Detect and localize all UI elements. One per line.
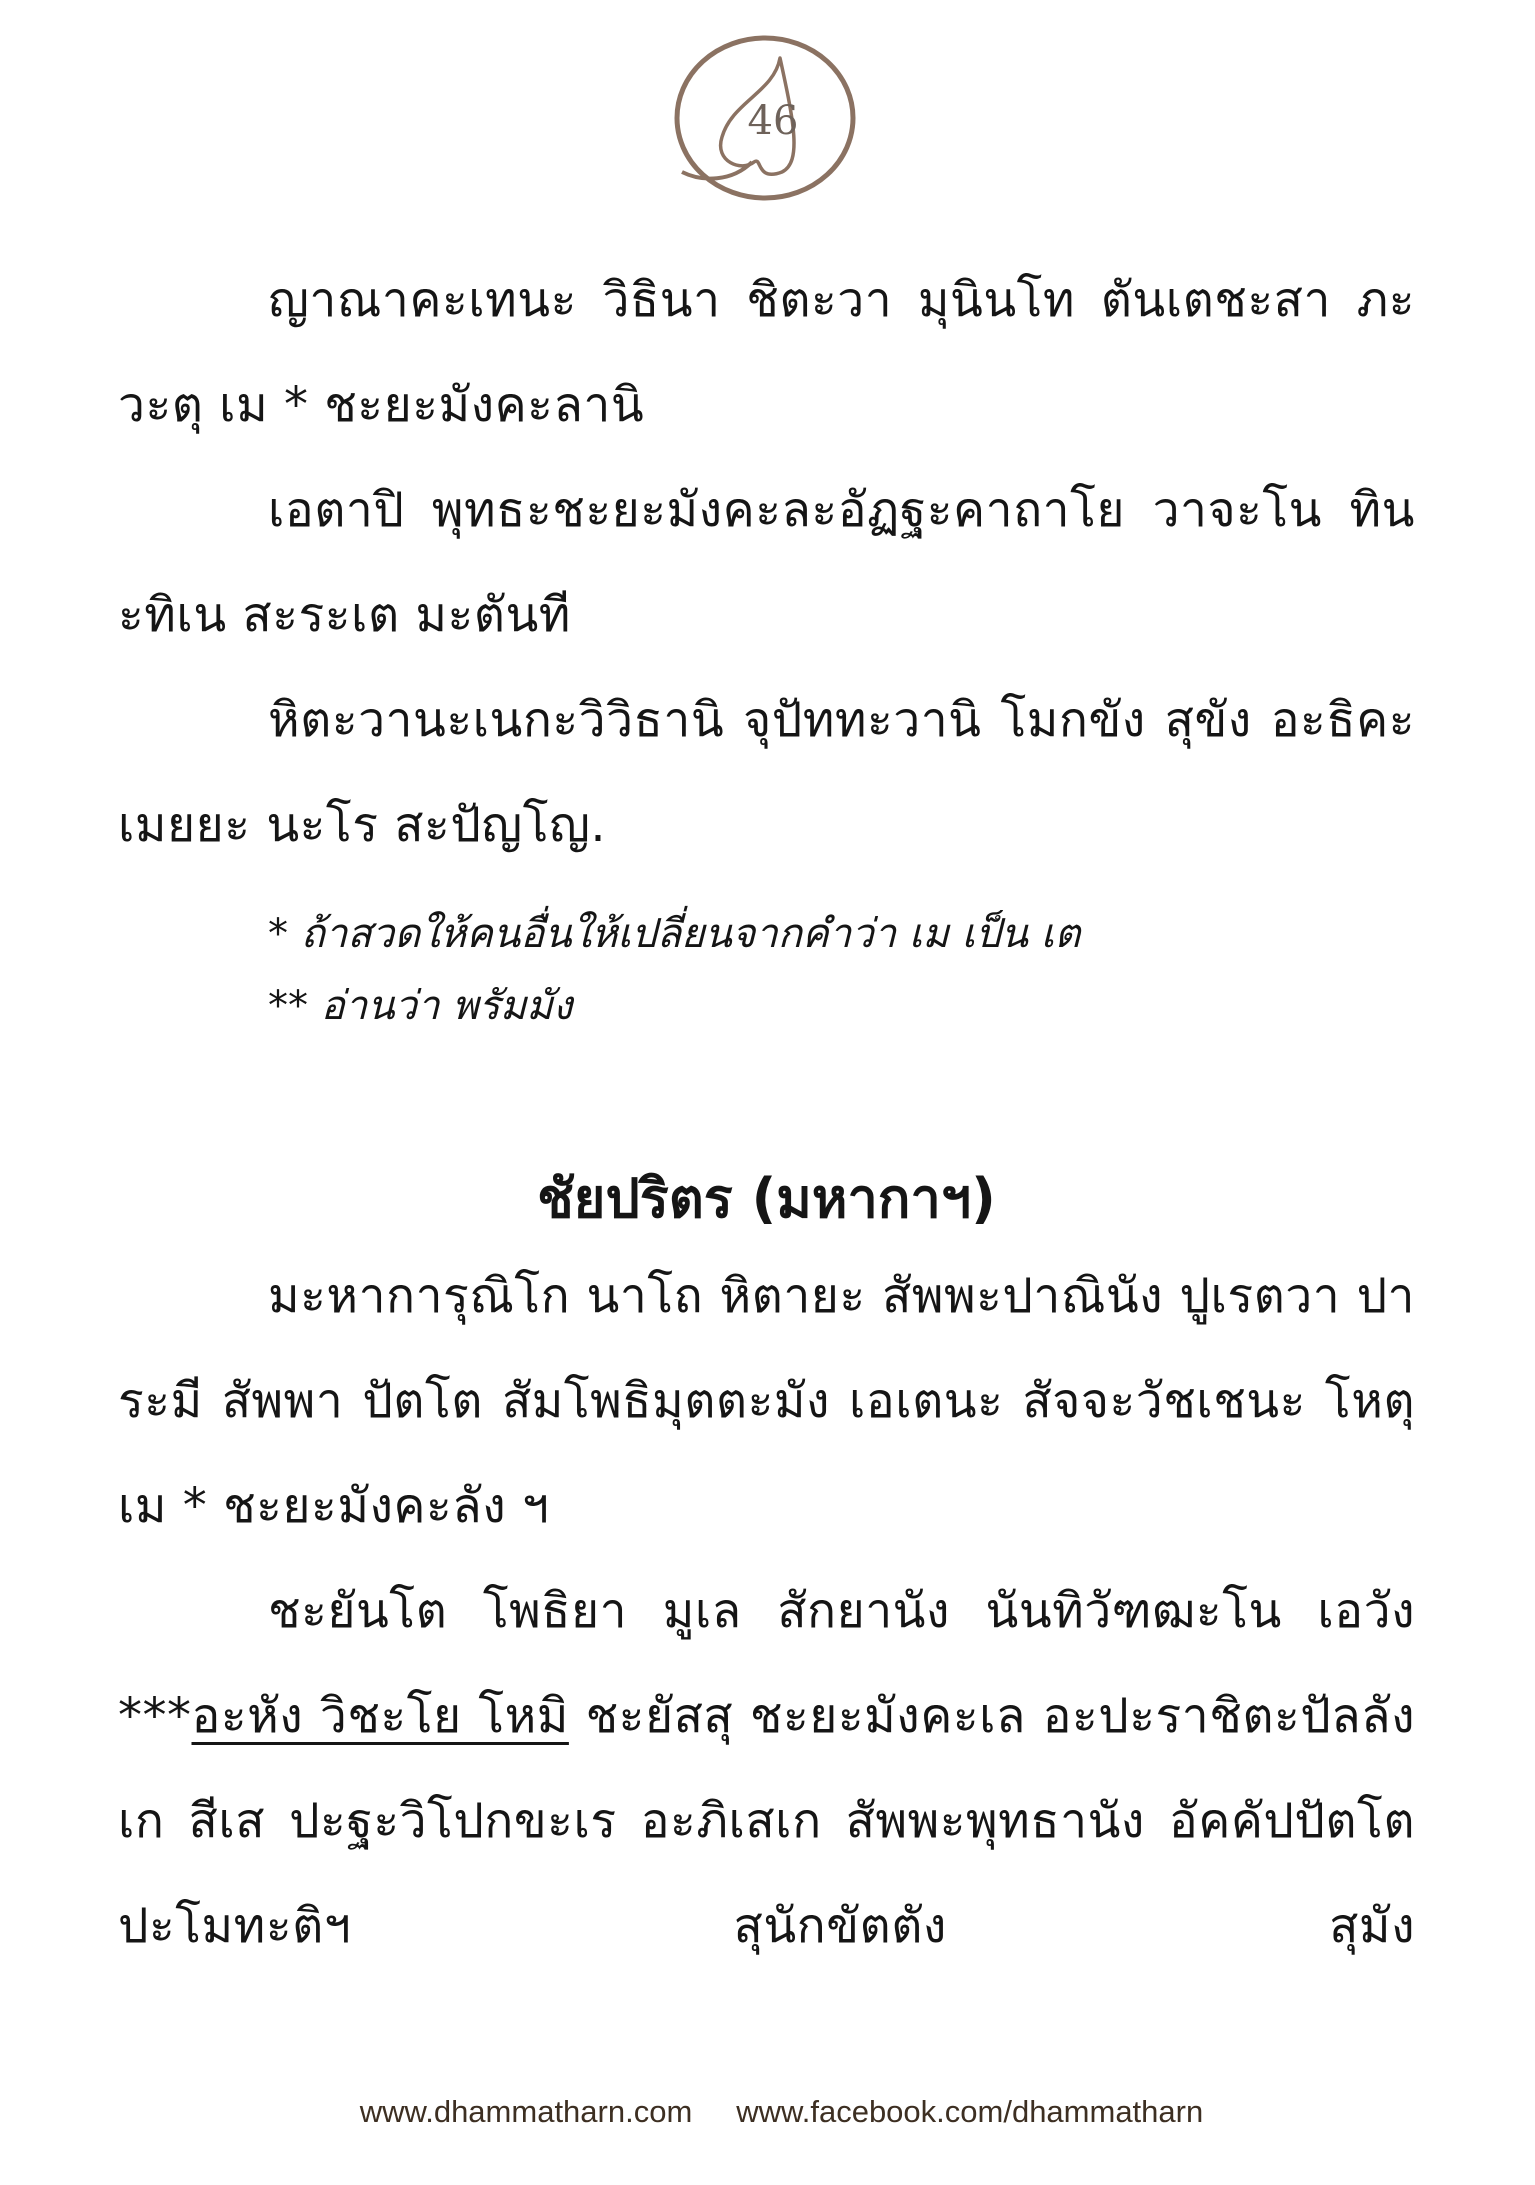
section-victory-verses: ญาณาคะเทนะ วิธินา ชิตะวา มุนินโท ตันเตชะ…: [118, 248, 1415, 1042]
section-title: ชัยปริตร (มหากาฯ): [118, 1154, 1415, 1244]
footnotes: * ถ้าสวดให้คนอื่นให้เปลี่ยนจากคำว่า เม เ…: [118, 898, 1415, 1042]
page-number-badge: 46: [662, 22, 872, 212]
footnote: ** อ่านว่า พรัมมัง: [268, 970, 1415, 1042]
paragraph: เอตาปิ พุทธะชะยะมังคะละอัฏฐะคาถาโย วาจะโ…: [118, 458, 1415, 668]
page-number: 46: [662, 22, 872, 212]
website-link[interactable]: www.dhammatharn.com: [360, 2094, 693, 2130]
underlined-phrase: อะหัง วิชะโย โหมิ: [192, 1688, 569, 1744]
paragraph: ชะยันโต โพธิยา มูเล สักยานัง นันทิวัฑฒะโ…: [118, 1559, 1415, 1979]
paragraph: หิตะวานะเนกะวิวิธานิ จุปัททะวานิ โมกขัง …: [118, 668, 1415, 878]
footnote: * ถ้าสวดให้คนอื่นให้เปลี่ยนจากคำว่า เม เ…: [268, 898, 1415, 970]
section-chaiya-paritta: ชัยปริตร (มหากาฯ) มะหาการุณิโก นาโถ หิตา…: [118, 1154, 1415, 1979]
paragraph: ญาณาคะเทนะ วิธินา ชิตะวา มุนินโท ตันเตชะ…: [118, 248, 1415, 458]
facebook-link[interactable]: www.facebook.com/dhammatharn: [736, 2094, 1203, 2130]
footer: www.dhammatharn.com www.facebook.com/dha…: [0, 2094, 1535, 2130]
document-body: ญาณาคะเทนะ วิธินา ชิตะวา มุนินโท ตันเตชะ…: [118, 248, 1415, 1979]
paragraph: มะหาการุณิโก นาโถ หิตายะ สัพพะปาณินัง ปู…: [118, 1244, 1415, 1559]
